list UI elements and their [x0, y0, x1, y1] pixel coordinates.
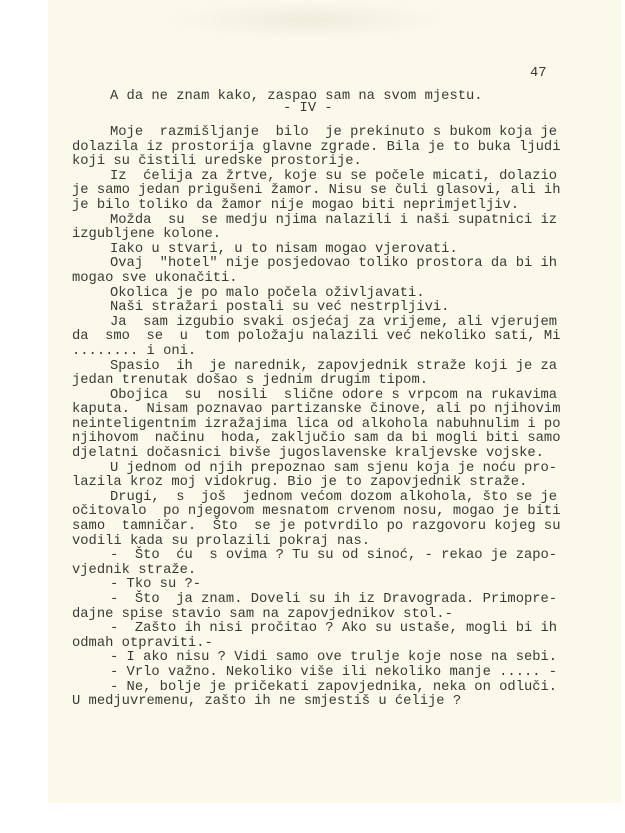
body-text: Moje razmišljanje bilo je prekinuto s bu… [72, 126, 562, 710]
text-line: - Vrlo važno. Nekoliko više ili nekoliko… [72, 666, 562, 681]
text-line: Naši stražari postali su već nestrpljivi… [72, 301, 562, 316]
text-line: jedan trenutak došao s jednim drugim tip… [72, 374, 562, 389]
text-line: očitovalo po njegovom mesnatom crvenom n… [72, 505, 562, 520]
page-number: 47 [530, 66, 547, 81]
text-line: djelatni dočasnici bivše jugoslavenske k… [72, 447, 562, 462]
text-line: samo tamničar. Što se je potvrdilo po ra… [72, 520, 562, 535]
text-line: - Ne, bolje je pričekati zapovjednika, n… [72, 681, 562, 696]
text-line: izgubljene kolone. [72, 228, 562, 243]
text-line: - Što ja znam. Doveli su ih iz Dravograd… [72, 593, 562, 608]
text-line: da smo se u tom položaju nalazili već ne… [72, 330, 562, 345]
text-line: njihovom načinu hoda, zaključio sam da b… [72, 432, 562, 447]
text-line: Možda su se medju njima nalazili i naši … [72, 214, 562, 229]
text-line: koji su čistili uredske prostorije. [72, 155, 562, 170]
text-line: Ovaj "hotel" nije posjedovao toliko pros… [72, 257, 562, 272]
text-line: dajne spise stavio sam na zapovjednikov … [72, 608, 562, 623]
text-line: mogao sve ukonačiti. [72, 272, 562, 287]
text-line: ........ i oni. [72, 345, 562, 360]
text-line: kaputa. Nisam poznavao partizanske činov… [72, 403, 562, 418]
text-line: - Zašto ih nisi pročitao ? Ako su ustaše… [72, 622, 562, 637]
text-line: - I ako nisu ? Vidi samo ove trulje koje… [72, 651, 562, 666]
text-line: je bilo toliko da žamor nije mogao biti … [72, 199, 562, 214]
text-line: Spasio ih je narednik, zapovjednik straž… [72, 360, 562, 375]
text-line: Okolica je po malo počela oživljavati. [72, 287, 562, 302]
text-line: lazila kroz moj vidokrug. Bio je to zapo… [72, 476, 562, 491]
text-line: - Što ću s ovima ? Tu su od sinoć, - rek… [72, 549, 562, 564]
section-heading: - IV - [283, 101, 333, 116]
text-line: U medjuvremenu, zašto ih ne smjestiš u ć… [72, 695, 562, 710]
text-line: dolazila iz prostorija glavne zgrade. Bi… [72, 141, 562, 156]
text-line: Moje razmišljanje bilo je prekinuto s bu… [72, 126, 562, 141]
text-line: je samo jedan prigušeni žamor. Nisu se č… [72, 184, 562, 199]
text-line: - Tko su ?- [72, 578, 562, 593]
